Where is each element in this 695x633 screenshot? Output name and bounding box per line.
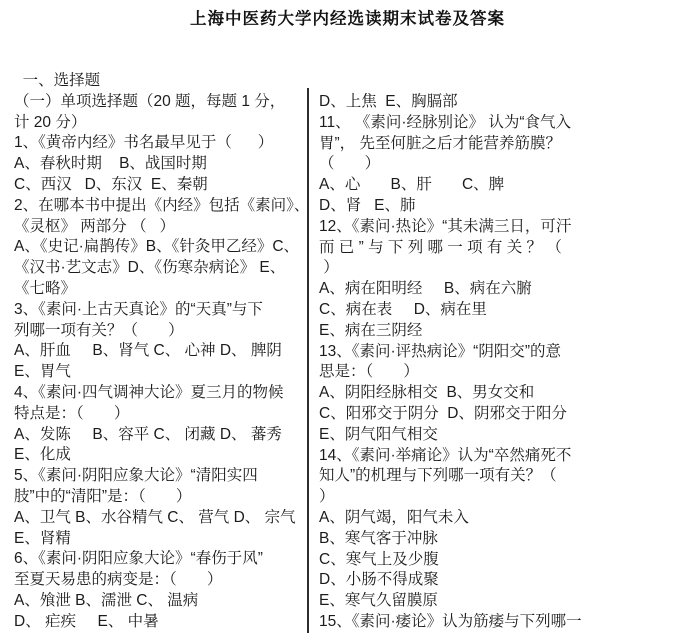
question-14: 知人”的机理与下列哪一项有关？（ <box>319 466 691 487</box>
question-5-options: E、肾精 <box>14 529 306 550</box>
question-14-options: B、寒气客于冲脉 <box>319 529 691 550</box>
question-12-options: E、病在三阴经 <box>319 321 691 342</box>
question-12: 12、《素问·热论》“其未满三日，可汗 <box>319 217 691 238</box>
question-2: 2、在哪本书中提出《内经》包括《素问》、 <box>14 196 306 217</box>
question-15: 15、《素问·痿论》认为筋痿与下列哪一 <box>319 612 691 633</box>
question-13: 13、《素问·评热病论》“阴阳交”的意 <box>319 342 691 363</box>
subsection-heading: （一）单项选择题（20 题，每题 1 分， <box>14 92 306 113</box>
question-2-options: A、《史记·扁鹊传》B、《针灸甲乙经》C、 <box>14 237 306 258</box>
question-12: ） <box>319 258 691 279</box>
question-11-options: D、肾 E、肺 <box>319 196 691 217</box>
question-3-options: A、肝血 B、肾气 C、 心神 D、 脾阴 <box>14 341 306 362</box>
question-11: 胃”， 先至何脏之后才能营养筋膜？ <box>319 134 691 155</box>
question-6-options: A、飧泄 B、濡泄 C、 温病 <box>14 591 306 612</box>
question-12-options: A、病在阳明经 B、病在六腑 <box>319 279 691 300</box>
question-1-options: C、西汉 D、东汉 E、秦朝 <box>14 175 306 196</box>
question-14-options: E、寒气久留膜原 <box>319 591 691 612</box>
question-1-options: A、春秋时期 B、战国时期 <box>14 154 306 175</box>
question-3-options: E、胃气 <box>14 362 306 383</box>
question-5: 5、《素问·阴阳应象大论》“清阳实四 <box>14 466 306 487</box>
question-4-options: E、化成 <box>14 445 306 466</box>
question-5-options: A、卫气 B、水谷精气 C、 营气 D、 宗气 <box>14 508 306 529</box>
question-4: 4、《素问·四气调神大论》夏三月的物候 <box>14 383 306 404</box>
question-14: ） <box>319 487 691 508</box>
question-14-options: D、小肠不得成聚 <box>319 570 691 591</box>
question-13-options: E、阴气阳气相交 <box>319 425 691 446</box>
question-14: 14、《素问·举痛论》认为“卒然痛死不 <box>319 446 691 467</box>
question-11-options: A、心 B、肝 C、脾 <box>319 175 691 196</box>
question-3: 列哪一项有关？（ ） <box>14 321 306 342</box>
text-line: 计 20 分） <box>14 113 306 134</box>
question-13: 思是：（ ） <box>319 362 691 383</box>
section-heading: 一、选择题 <box>14 71 306 92</box>
left-column: 一、选择题 （一）单项选择题（20 题，每题 1 分， 计 20 分） 1、《黄… <box>14 71 306 633</box>
question-4-options: A、发陈 B、容平 C、 闭藏 D、 蕃秀 <box>14 425 306 446</box>
question-2-options: 《汉书·艺文志》D、《伤寒杂病论》 E、 <box>14 258 306 279</box>
question-2-options: 《七略》 <box>14 279 306 300</box>
question-2: 《灵枢》 两部分 （ ） <box>14 217 306 238</box>
question-5: 肢”中的“清阳”是：（ ） <box>14 487 306 508</box>
question-14-options: C、寒气上及少腹 <box>319 550 691 571</box>
question-4: 特点是：（ ） <box>14 404 306 425</box>
question-13-options: A、阴阳经脉相交 B、男女交和 <box>319 383 691 404</box>
question-12-options: C、病在表 D、病在里 <box>319 300 691 321</box>
question-11: 11、 《素问·经脉别论》 认为“食气入 <box>319 113 691 134</box>
question-6: 至夏天易患的病变是：（ ） <box>14 570 306 591</box>
right-column: D、上焦 E、胸膈部 11、 《素问·经脉别论》 认为“食气入 胃”， 先至何脏… <box>319 92 691 633</box>
question-1: 1、《黄帝内经》书名最早见于（ ） <box>14 133 306 154</box>
question-14-options: A、阴气竭，阳气未入 <box>319 508 691 529</box>
exam-document-page: 上海中医药大学内经选读期末试卷及答案 一、选择题 （一）单项选择题（20 题，每… <box>0 0 695 633</box>
column-divider <box>307 88 309 633</box>
page-title: 上海中医药大学内经选读期末试卷及答案 <box>0 5 695 29</box>
question-11: （ ） <box>319 154 691 175</box>
question-6-options: D、 疟疾 E、 中暑 <box>14 612 306 633</box>
question-10-options: D、上焦 E、胸膈部 <box>319 92 691 113</box>
question-13-options: C、阳邪交于阴分 D、阴邪交于阳分 <box>319 404 691 425</box>
question-3: 3、《素问·上古天真论》的“天真”与下 <box>14 300 306 321</box>
question-6: 6、《素问·阴阳应象大论》“春伤于风” <box>14 549 306 570</box>
question-12: 而 已 ” 与 下 列 哪 一 项 有 关 ？ （ <box>319 238 691 259</box>
